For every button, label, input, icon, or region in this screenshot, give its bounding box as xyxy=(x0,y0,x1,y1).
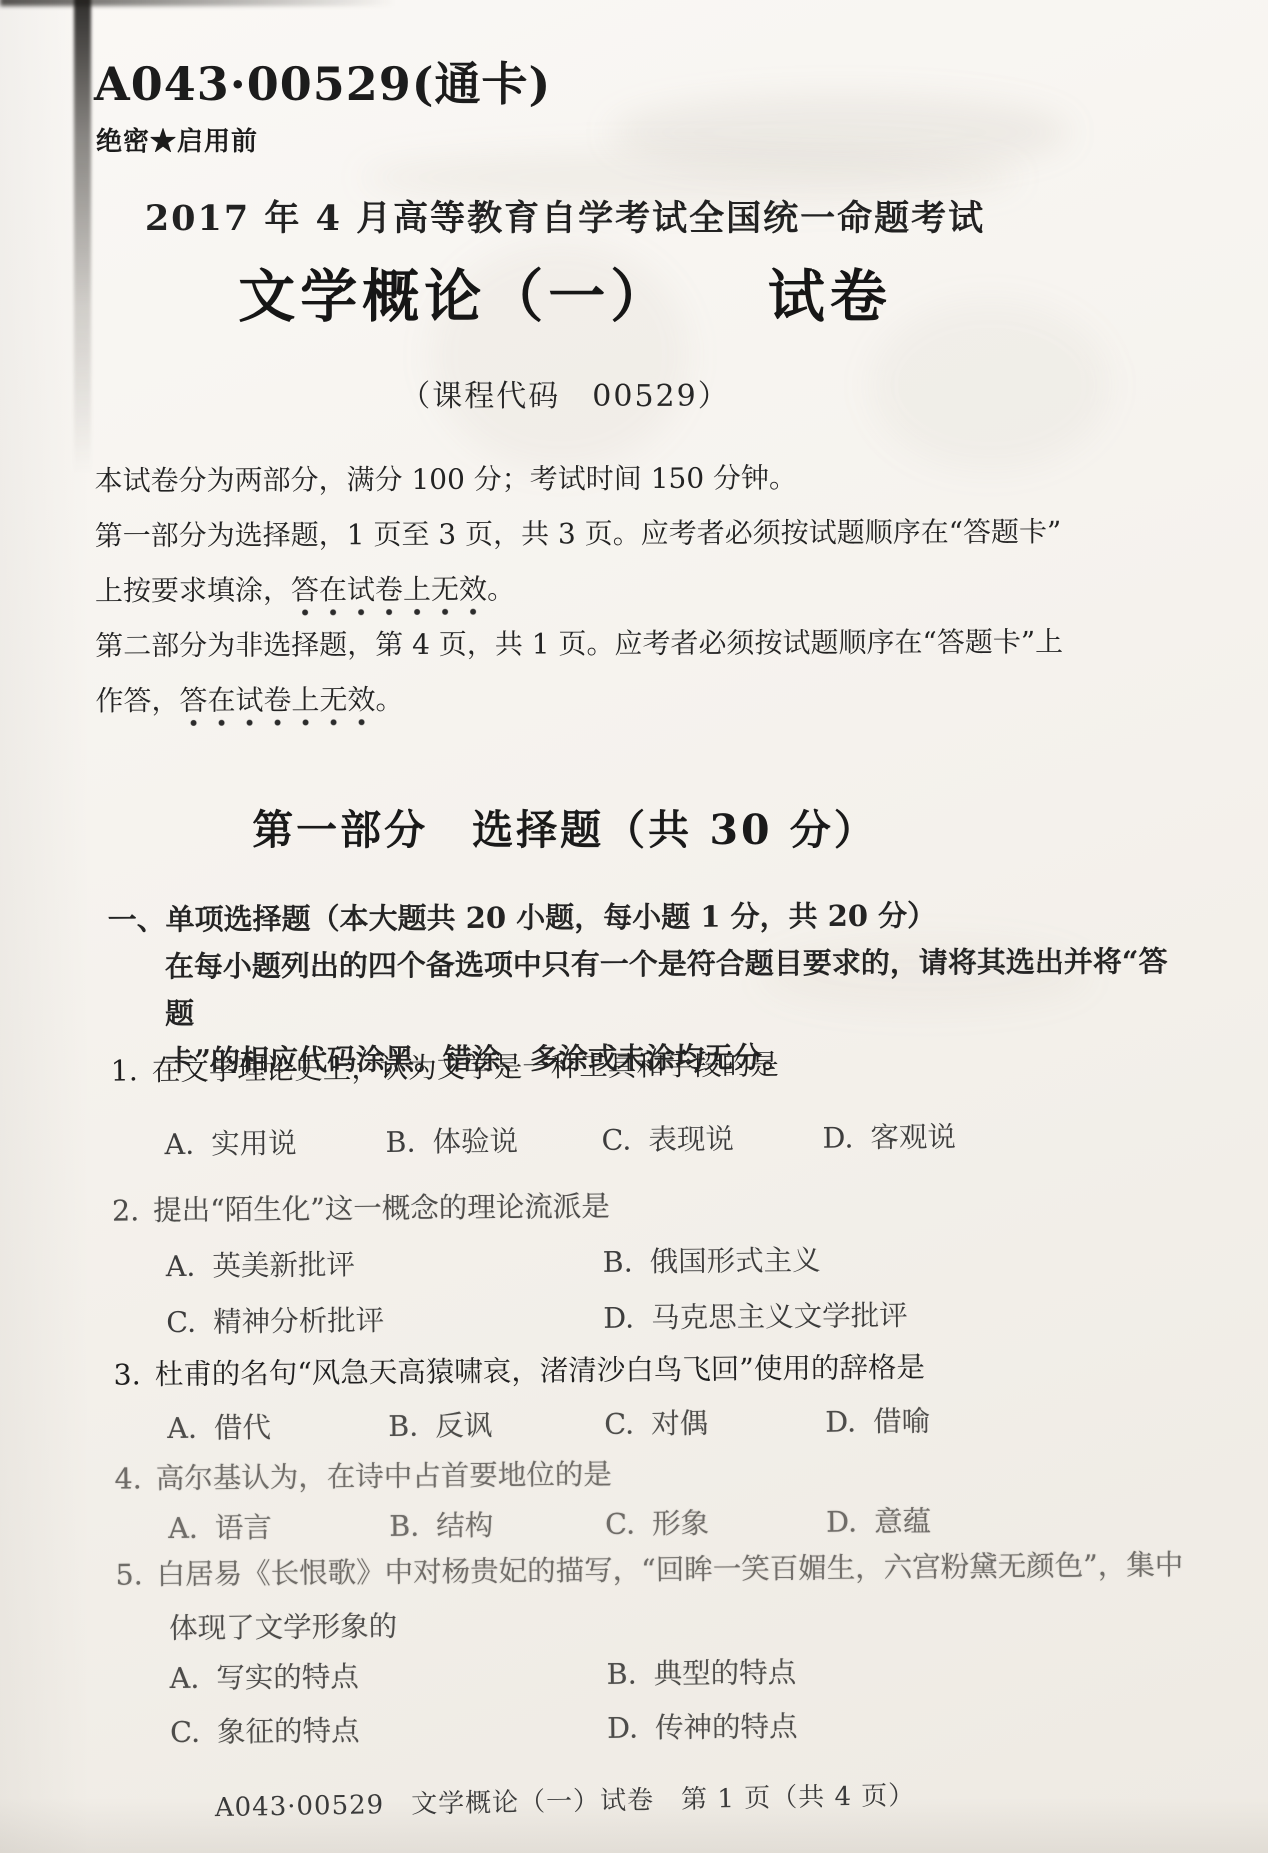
option-text: 马克思主义文学批评 xyxy=(651,1299,908,1334)
option-text: 借代 xyxy=(214,1411,271,1445)
option-label: D. xyxy=(826,1505,857,1538)
instruction-text: 第一部分为选择题，1 页至 3 页，共 3 页。应考者必须按试题顺序在“答题卡” xyxy=(95,515,1062,552)
option-label: D. xyxy=(822,1121,853,1154)
option-label: C. xyxy=(170,1716,200,1749)
question-number: 2. xyxy=(93,1191,139,1231)
option: A.实用说 xyxy=(164,1123,385,1165)
option-label: A. xyxy=(168,1512,198,1545)
top-edge-shadow xyxy=(0,0,430,6)
exam-title: 文学概论（一） 试卷 xyxy=(60,251,1070,333)
option-text: 典型的特点 xyxy=(654,1656,797,1690)
option: C.对偶 xyxy=(604,1403,825,1445)
option-text: 写实的特点 xyxy=(216,1660,359,1694)
question-stem: 提出“陌生化”这一概念的理论流派是 xyxy=(153,1181,1183,1231)
directions-line: 在每小题列出的四个备选项中只有一个是符合题目要求的，请将其选出并将“答题 xyxy=(165,938,1183,1037)
question-number: 1. xyxy=(92,1051,138,1091)
emphasized-text: 答在试卷上无效 xyxy=(179,683,375,727)
option-text: 意蕴 xyxy=(874,1505,931,1539)
question-stem: 杜甫的名句“风急天高猿啸哀，渚清沙白鸟飞回”使用的辞格是 xyxy=(155,1345,1185,1395)
option-text: 语言 xyxy=(215,1511,272,1545)
option-label: B. xyxy=(603,1246,633,1279)
option-label: B. xyxy=(388,1410,418,1443)
exam-session-title: 2017 年 4 月高等教育自学考试全国统一命题考试 xyxy=(60,191,1070,241)
option: A.借代 xyxy=(167,1407,388,1449)
question-stem-row: 2. 提出“陌生化”这一概念的理论流派是 xyxy=(93,1181,1183,1231)
instruction-text: 第二部分为非选择题，第 4 页，共 1 页。应考者必须按试题顺序在“答题卡”上 xyxy=(95,625,1063,662)
question-stem: 白居易《长恨歌》中对杨贵妃的描写，“回眸一笑百媚生，六宫粉黛无颜色”，集中 xyxy=(156,1545,1186,1595)
option-label: B. xyxy=(606,1658,636,1691)
security-notice: 绝密★启用前 xyxy=(96,121,258,158)
option-text: 结构 xyxy=(436,1509,493,1543)
option: D.意蕴 xyxy=(826,1499,1186,1542)
instruction-text: 上按要求填涂， xyxy=(95,574,291,608)
page-footer: A043·00529 文学概论（一）试卷 第 1 页（共 4 页） xyxy=(60,1772,1070,1827)
option: A.英美新批评 xyxy=(166,1243,603,1287)
instruction-line: 第二部分为非选择题，第 4 页，共 1 页。应考者必须按试题顺序在“答题卡”上 xyxy=(95,614,1180,674)
option-label: D. xyxy=(825,1405,856,1438)
question-stem-row: 3. 杜甫的名句“风急天高猿啸哀，渚清沙白鸟飞回”使用的辞格是 xyxy=(95,1345,1185,1395)
option: C.表现说 xyxy=(601,1119,822,1161)
instruction-line: 第一部分为选择题，1 页至 3 页，共 3 页。应考者必须按试题顺序在“答题卡” xyxy=(95,504,1180,564)
option-label: A. xyxy=(167,1412,197,1445)
option: D.借喻 xyxy=(825,1399,1185,1442)
option: C.精神分析批评 xyxy=(166,1299,603,1343)
option-label: C. xyxy=(604,1408,634,1441)
option: C.象征的特点 xyxy=(170,1709,607,1753)
instruction-text: 作答， xyxy=(95,684,179,717)
option-text: 精神分析批评 xyxy=(213,1304,384,1339)
question-stem-continued: 体现了文学形象的 xyxy=(169,1599,1187,1649)
instruction-text: 本试卷分为两部分，满分 100 分；考试时间 150 分钟。 xyxy=(94,461,797,497)
option: B.体验说 xyxy=(385,1121,601,1163)
options-row: A.英美新批评 B.俄国形式主义 xyxy=(166,1237,1184,1287)
options-row: A.语言 B.结构 C.形象 D.意蕴 xyxy=(168,1499,1186,1549)
option-text: 实用说 xyxy=(211,1127,297,1161)
option: C.形象 xyxy=(605,1503,826,1545)
option-label: D. xyxy=(603,1302,634,1335)
option: B.俄国形式主义 xyxy=(603,1237,1184,1283)
option-label: C. xyxy=(601,1124,631,1157)
exam-instructions: 本试卷分为两部分，满分 100 分；考试时间 150 分钟。 第一部分为选择题，… xyxy=(94,449,1180,729)
instruction-line: 作答，答在试卷上无效。 xyxy=(95,669,1180,729)
option-label: D. xyxy=(607,1712,638,1745)
option-label: B. xyxy=(389,1510,419,1543)
course-code-line: （课程代码 00529） xyxy=(60,371,1070,415)
option-label: C. xyxy=(605,1508,635,1541)
question-stem-row: 4. 高尔基认为，在诗中占首要地位的是 xyxy=(96,1449,1186,1499)
question-stem-row: 5. 白居易《长恨歌》中对杨贵妃的描写，“回眸一笑百媚生，六宫粉黛无颜色”，集中 xyxy=(96,1545,1186,1595)
option: D.传神的特点 xyxy=(607,1703,1188,1749)
option-label: B. xyxy=(385,1126,415,1159)
question-stem: 在文学理论史上，认为文学是一种工具和手段的是 xyxy=(152,1041,1182,1091)
option-text: 体验说 xyxy=(432,1125,518,1159)
options-row: A.实用说 B.体验说 C.表现说 D.客观说 xyxy=(164,1115,1182,1165)
instruction-line: 本试卷分为两部分，满分 100 分；考试时间 150 分钟。 xyxy=(94,449,1179,509)
option-label: A. xyxy=(166,1250,196,1283)
question-list: 1. 在文学理论史上，认为文学是一种工具和手段的是 A.实用说 B.体验说 C.… xyxy=(92,1041,1189,1753)
instruction-text: 。 xyxy=(487,573,515,606)
paper-code: A043·00529(通卡) xyxy=(94,48,551,114)
option-text: 传神的特点 xyxy=(655,1710,798,1744)
option-text: 客观说 xyxy=(870,1120,956,1154)
options-row: C.象征的特点 D.传神的特点 xyxy=(170,1703,1188,1753)
option-label: C. xyxy=(166,1306,196,1339)
options-row: A.借代 B.反讽 C.对偶 D.借喻 xyxy=(167,1399,1185,1449)
option: B.典型的特点 xyxy=(606,1649,1187,1695)
option-label: A. xyxy=(170,1662,200,1695)
option-text: 反讽 xyxy=(435,1409,492,1443)
options-row: C.精神分析批评 D.马克思主义文学批评 xyxy=(166,1293,1184,1343)
option: D.马克思主义文学批评 xyxy=(603,1293,1184,1339)
question-number: 4. xyxy=(96,1459,142,1499)
option: A.语言 xyxy=(168,1507,389,1549)
option-text: 英美新批评 xyxy=(212,1248,355,1282)
section-heading: 第一部分 选择题（共 30 分） xyxy=(60,797,1070,856)
option-text: 借喻 xyxy=(873,1405,930,1439)
option: B.结构 xyxy=(389,1505,605,1547)
option-text: 象征的特点 xyxy=(217,1714,360,1748)
option-text: 俄国形式主义 xyxy=(650,1244,821,1279)
question-stem: 高尔基认为，在诗中占首要地位的是 xyxy=(156,1449,1186,1499)
option-text: 形象 xyxy=(652,1507,709,1541)
option: B.反讽 xyxy=(388,1405,604,1447)
option-text: 表现说 xyxy=(648,1123,734,1157)
option: D.客观说 xyxy=(822,1115,1182,1158)
instruction-text: 。 xyxy=(375,683,403,716)
option-text: 对偶 xyxy=(651,1407,708,1441)
emphasized-text: 答在试卷上无效 xyxy=(291,573,487,617)
question-number: 5. xyxy=(96,1555,142,1595)
option-label: A. xyxy=(164,1128,194,1161)
options-row: A.写实的特点 B.典型的特点 xyxy=(169,1649,1187,1699)
instruction-line: 上按要求填涂，答在试卷上无效。 xyxy=(95,559,1180,619)
question-number: 3. xyxy=(95,1355,141,1395)
directions-line: 一、单项选择题（本大题共 20 小题，每小题 1 分，共 20 分） xyxy=(108,891,1183,944)
option: A.写实的特点 xyxy=(169,1655,606,1699)
